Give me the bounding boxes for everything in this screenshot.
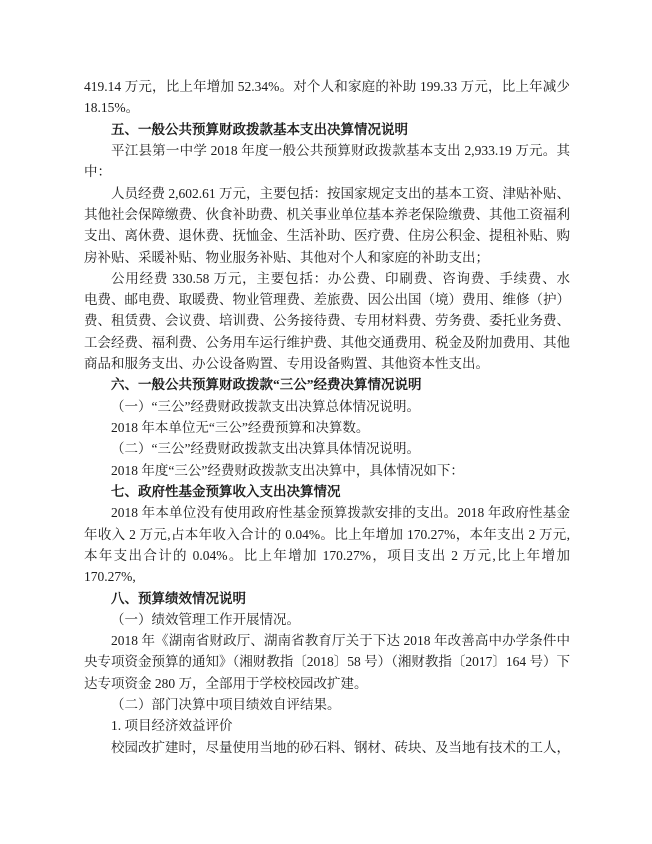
text-line: （一）“三公”经费财政拨款支出决算总体情况说明。 — [84, 396, 570, 417]
text-line: 2018 年《湖南省财政厅、湖南省教育厅关于下达 2018 年改善高中办学条件中 — [84, 630, 570, 651]
heading-line: 七、政府性基金预算收入支出决算情况 — [84, 481, 570, 502]
text-line: 央专项资金预算的通知》（湘财教指〔2018〕58 号）（湘财教指〔2017〕16… — [84, 651, 570, 672]
text-line: 中： — [84, 161, 570, 182]
text-line: 本年支出合计的 0.04%。比上年增加 170.27%，项目支出 2 万元,比上… — [84, 545, 570, 566]
text-line: 419.14 万元，比上年增加 52.34%。对个人和家庭的补助 199.33 … — [84, 76, 570, 97]
text-line: 公用经费 330.58 万元，主要包括：办公费、印刷费、咨询费、手续费、水费、 — [84, 268, 570, 289]
text-line: 2018 年度“三公”经费财政拨款支出决算中，具体情况如下： — [84, 460, 570, 481]
paragraph: 2018 年度“三公”经费财政拨款支出决算中，具体情况如下： — [84, 460, 570, 481]
heading-line: 六、一般公共预算财政拨款“三公”经费决算情况说明 — [84, 374, 570, 395]
paragraph: 2018 年《湖南省财政厅、湖南省教育厅关于下达 2018 年改善高中办学条件中… — [84, 630, 570, 694]
paragraph: （一）“三公”经费财政拨款支出决算总体情况说明。 — [84, 396, 570, 417]
text-line: 费、租赁费、会议费、培训费、公务接待费、专用材料费、劳务费、委托业务费、 — [84, 310, 570, 331]
text-line: 2018 年本单位无“三公”经费预算和决算数。 — [84, 417, 570, 438]
paragraph: （一）绩效管理工作开展情况。 — [84, 609, 570, 630]
paragraph: 平江县第一中学 2018 年度一般公共预算财政拨款基本支出 2,933.19 万… — [84, 140, 570, 183]
text-line: 平江县第一中学 2018 年度一般公共预算财政拨款基本支出 2,933.19 万… — [84, 140, 570, 161]
text-line: 商品和服务支出、办公设备购置、专用设备购置、其他资本性支出。 — [84, 353, 570, 374]
text-line: （二）部门决算中项目绩效自评结果。 — [84, 694, 570, 715]
text-line: 年收入 2 万元,占本年收入合计的 0.04%。比上年增加 170.27%，本年… — [84, 524, 570, 545]
section-heading: 八、预算绩效情况说明 — [84, 588, 570, 609]
text-line: 人员经费 2,602.61 万元，主要包括：按国家规定支出的基本工资、津贴补贴、 — [84, 183, 570, 204]
text-line: 校园改扩建时，尽量使用当地的砂石料、钢材、砖块、及当地有技术的工人， — [84, 737, 570, 758]
text-line: 支出、离休费、退休费、抚恤金、生活补助、医疗费、住房公积金、提租补贴、购 — [84, 225, 570, 246]
paragraph: 公用经费 330.58 万元，主要包括：办公费、印刷费、咨询费、手续费、水费、电… — [84, 268, 570, 375]
paragraph: 校园改扩建时，尽量使用当地的砂石料、钢材、砖块、及当地有技术的工人， — [84, 737, 570, 758]
text-line: 房补贴、采暖补贴、物业服务补贴、其他对个人和家庭的补助支出； — [84, 247, 570, 268]
paragraph: （二）部门决算中项目绩效自评结果。 — [84, 694, 570, 715]
paragraph: 1. 项目经济效益评价 — [84, 715, 570, 736]
heading-line: 八、预算绩效情况说明 — [84, 588, 570, 609]
text-line: 工会经费、福利费、公务用车运行维护费、其他交通费用、税金及附加费用、其他 — [84, 332, 570, 353]
section-heading: 五、一般公共预算财政拨款基本支出决算情况说明 — [84, 119, 570, 140]
text-line: （一）绩效管理工作开展情况。 — [84, 609, 570, 630]
paragraph: 人员经费 2,602.61 万元，主要包括：按国家规定支出的基本工资、津贴补贴、… — [84, 183, 570, 268]
text-line: 1. 项目经济效益评价 — [84, 715, 570, 736]
paragraph: 2018 年本单位无“三公”经费预算和决算数。 — [84, 417, 570, 438]
paragraph: （二）“三公”经费财政拨款支出决算具体情况说明。 — [84, 438, 570, 459]
text-line: 达专项资金 280 万，全部用于学校校园改扩建。 — [84, 673, 570, 694]
text-line: （二）“三公”经费财政拨款支出决算具体情况说明。 — [84, 438, 570, 459]
document-page: 419.14 万元，比上年增加 52.34%。对个人和家庭的补助 199.33 … — [0, 0, 652, 844]
document-content: 419.14 万元，比上年增加 52.34%。对个人和家庭的补助 199.33 … — [84, 76, 570, 758]
heading-line: 五、一般公共预算财政拨款基本支出决算情况说明 — [84, 119, 570, 140]
text-line: 2018 年本单位没有使用政府性基金预算拨款安排的支出。2018 年政府性基金本 — [84, 502, 570, 523]
text-line: 其他社会保障缴费、伙食补助费、机关事业单位基本养老保险缴费、其他工资福利 — [84, 204, 570, 225]
text-line: 电费、邮电费、取暖费、物业管理费、差旅费、因公出国（境）费用、维修（护） — [84, 289, 570, 310]
paragraph: 2018 年本单位没有使用政府性基金预算拨款安排的支出。2018 年政府性基金本… — [84, 502, 570, 587]
section-heading: 七、政府性基金预算收入支出决算情况 — [84, 481, 570, 502]
section-heading: 六、一般公共预算财政拨款“三公”经费决算情况说明 — [84, 374, 570, 395]
text-line: 170.27%, — [84, 566, 570, 587]
paragraph: 419.14 万元，比上年增加 52.34%。对个人和家庭的补助 199.33 … — [84, 76, 570, 119]
text-line: 18.15%。 — [84, 97, 570, 118]
